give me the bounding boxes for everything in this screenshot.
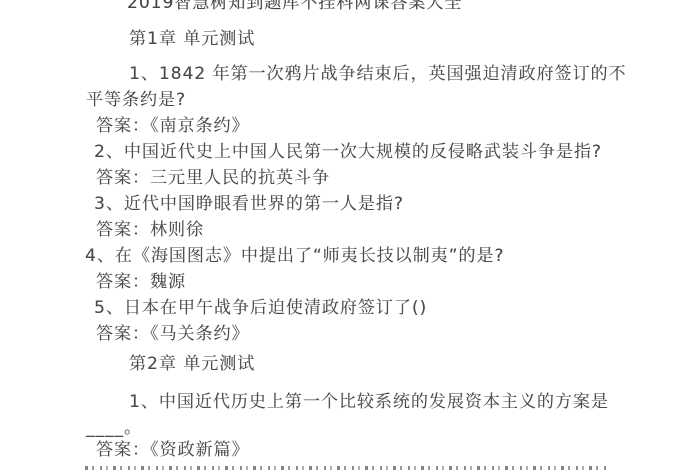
ch1-question4: 4、在《海国图志》中提出了“师夷长技以制夷”的是? <box>85 246 504 266</box>
chapter2-heading: 第2章 单元测试 <box>129 354 255 374</box>
document-page: 2019智慧树知到题库不挂科网课答案大全 第1章 单元测试 1、1842 年第一… <box>0 0 700 470</box>
ch1-question1-line1: 1、1842 年第一次鸦片战争结束后，英国强迫清政府签订的不 <box>129 64 626 84</box>
chapter1-heading: 第1章 单元测试 <box>129 29 255 49</box>
ch1-question2: 2、中国近代史上中国人民第一次大规模的反侵略武装斗争是指? <box>94 142 602 162</box>
ch1-question1-line2: 平等条约是? <box>86 90 186 110</box>
ch1-answer2: 答案：三元里人民的抗英斗争 <box>96 168 330 188</box>
ch2-question1-line1: 1、中国近代历史上第一个比较系统的发展资本主义的方案是 <box>129 392 609 412</box>
ch1-answer5: 答案：《马关条约》 <box>96 324 250 344</box>
ch2-answer1: 答案：《资政新篇》 <box>96 440 250 460</box>
ch1-answer1: 答案：《南京条约》 <box>96 116 250 136</box>
ch1-answer4: 答案：魏源 <box>96 272 186 292</box>
ch2-question1-line2: ____。 <box>86 418 142 438</box>
cutoff-text-line <box>85 466 610 470</box>
ch1-answer3: 答案：林则徐 <box>96 220 204 240</box>
ch1-question5: 5、日本在甲午战争后迫使清政府签订了() <box>94 298 427 318</box>
ch1-question3: 3、近代中国睁眼看世界的第一人是指? <box>94 194 404 214</box>
doc-title: 2019智慧树知到题库不挂科网课答案大全 <box>127 0 462 13</box>
